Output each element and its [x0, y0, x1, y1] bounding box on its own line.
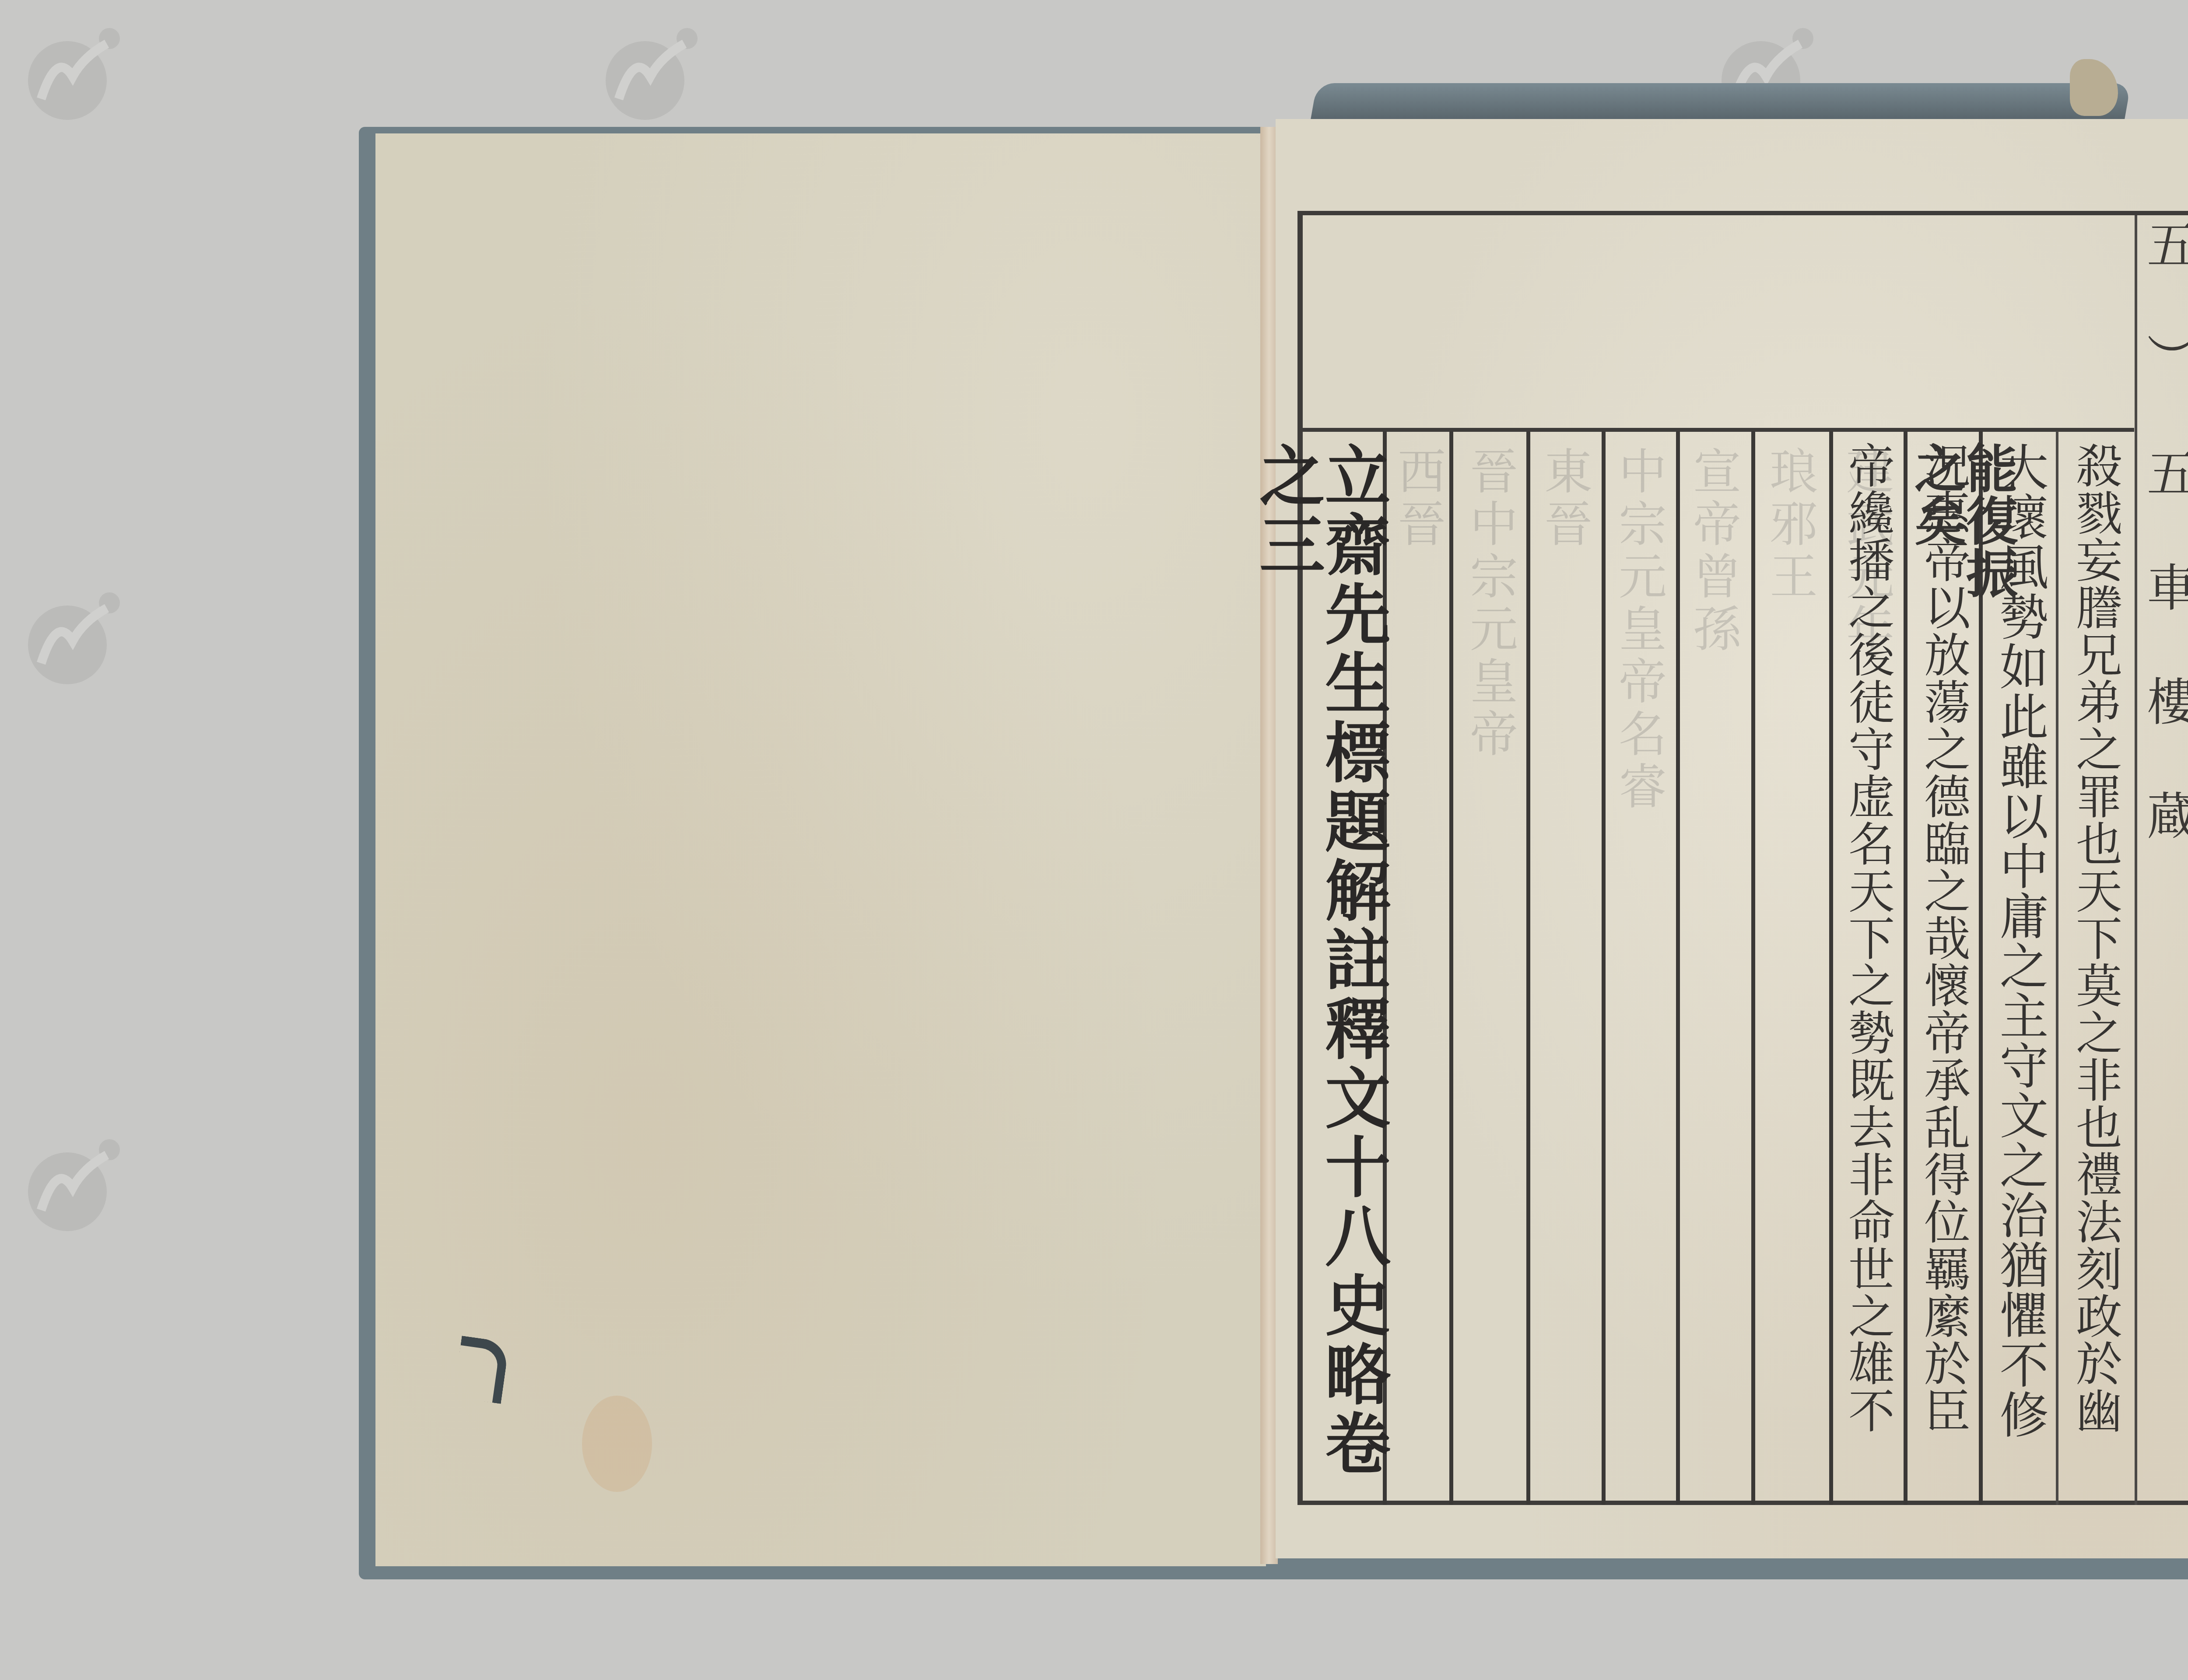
nishogakusha-logo-icon — [4, 1116, 136, 1247]
header-box — [1303, 215, 2134, 432]
body-text-column: 帝纔播之後徒守虚名天下之勢既去非命世之雄不 — [1844, 442, 1891, 1501]
bleed-through-text: 琅邪王 — [1766, 446, 1814, 1487]
left-page — [375, 133, 1266, 1566]
column-rule — [1676, 431, 1680, 1505]
column-rule — [1526, 431, 1530, 1505]
column-rule — [2056, 431, 2058, 1505]
column-rule — [1829, 431, 1833, 1505]
body-text-column: 能復振之矣 — [1910, 442, 2013, 643]
book-gutter — [1260, 127, 1278, 1564]
margin-column-text: 五日新刻 齊立音字會標註 二十八史略 卷三 （ 五 ） 五 車 樓 蔵 — [2142, 219, 2188, 1501]
bleed-through-text: 宣帝曾孫 — [1689, 446, 1737, 1487]
nishogakusha-logo-icon — [4, 569, 136, 700]
paper-stain — [582, 1396, 652, 1492]
body-text-column: 殺戮妄謄兄弟之罪也天下莫之非也禮法刻政於幽 — [2072, 442, 2118, 1501]
torn-corner — [2070, 59, 2118, 116]
column-rule — [1602, 431, 1606, 1505]
nishogakusha-logo-icon — [582, 4, 713, 136]
bleed-through-text: 東晉 — [1540, 446, 1588, 1487]
column-rule — [1904, 431, 1907, 1505]
column-rule — [1449, 431, 1453, 1505]
volume-title: 立齋先生標題解註釋文十八史略卷之三 — [1311, 442, 1385, 1492]
margin-column-rule — [2135, 215, 2137, 1505]
bleed-through-text: 中宗元皇帝名睿 — [1615, 446, 1663, 1487]
nishogakusha-logo-icon — [4, 4, 136, 136]
bleed-through-text: 西晉 — [1394, 446, 1442, 1487]
bleed-through-text: 晉中宗元皇帝 — [1466, 446, 1514, 1487]
column-rule — [1751, 431, 1755, 1505]
